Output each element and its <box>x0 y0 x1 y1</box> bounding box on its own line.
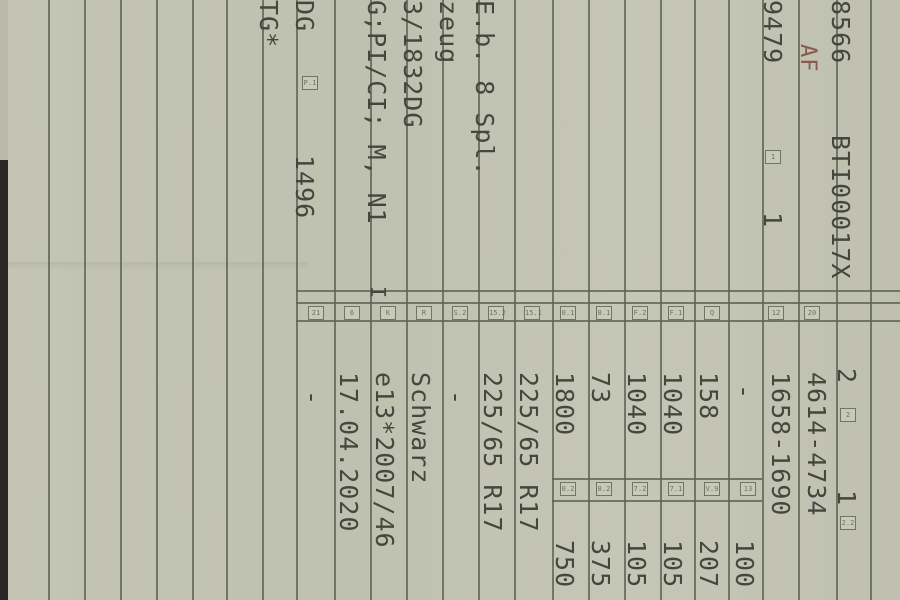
field-value: e13*2007/46 <box>372 372 397 549</box>
field-value: 207 <box>696 540 721 588</box>
field-value: 2 <box>834 368 859 384</box>
field-value: - <box>444 390 469 406</box>
field-code: 7.2 <box>632 482 648 496</box>
code-row-line <box>552 500 762 502</box>
rule-line <box>870 0 872 600</box>
field-code: 21 <box>308 306 324 320</box>
field-code: 7.1 <box>668 482 684 496</box>
field-value: 1 <box>760 212 785 228</box>
field-code: 2.2 <box>840 516 856 530</box>
field-value: 1496 <box>292 155 317 219</box>
rule-line <box>262 0 264 600</box>
field-value: 1040 <box>624 372 649 436</box>
field-value: 105 <box>624 540 649 588</box>
field-value: 1 <box>834 490 859 506</box>
field-value: TG* <box>256 0 281 48</box>
rule-line <box>156 0 158 600</box>
code-row-line <box>296 320 900 322</box>
rule-line <box>48 0 50 600</box>
field-value: 375 <box>588 540 613 588</box>
field-value: 105 <box>660 540 685 588</box>
rule-line <box>296 0 298 600</box>
field-value: E.b. 8 Spl. <box>472 0 497 177</box>
field-value: 225/65 R17 <box>516 372 541 533</box>
field-value: - <box>300 390 325 406</box>
field-code: 15.1 <box>524 306 540 320</box>
section-separator <box>296 302 900 304</box>
field-value: 9479 <box>760 0 785 64</box>
field-code: K <box>380 306 396 320</box>
rule-line <box>552 0 554 600</box>
field-value: Schwarz <box>408 372 433 484</box>
field-value: zeug <box>436 0 461 64</box>
rule-line <box>694 0 696 600</box>
field-code: 0.2 <box>560 482 576 496</box>
rule-line <box>798 0 800 600</box>
field-code: 15.2 <box>488 306 504 320</box>
field-code: 1 <box>765 150 781 164</box>
field-code: 6 <box>344 306 360 320</box>
field-value: 73 <box>588 372 613 404</box>
field-code: 8.1 <box>596 306 612 320</box>
field-code: 2 <box>840 408 856 422</box>
field-value: 225/65 R17 <box>480 372 505 533</box>
rule-line <box>442 0 444 600</box>
rule-line <box>836 0 838 600</box>
rule-line <box>660 0 662 600</box>
field-value: 1658-1690 <box>768 372 793 516</box>
field-code: R <box>416 306 432 320</box>
rule-line <box>120 0 122 600</box>
field-value: 17.04.2020 <box>336 372 361 533</box>
field-code: V.9 <box>704 482 720 496</box>
field-code: 0.1 <box>560 306 576 320</box>
field-value: 100 <box>732 540 757 588</box>
field-value: DG <box>292 0 317 32</box>
rule-line <box>84 0 86 600</box>
field-value: 1040 <box>660 372 685 436</box>
field-value: - <box>732 384 757 400</box>
field-code: 12 <box>768 306 784 320</box>
rule-line <box>192 0 194 600</box>
field-value: G;PI/CI; M, N1 <box>364 0 389 225</box>
field-value: 8566 <box>828 0 853 64</box>
field-code: F.2 <box>632 306 648 320</box>
rule-line <box>728 0 730 600</box>
rule-line <box>624 0 626 600</box>
field-value: 1800 <box>552 372 577 436</box>
field-value: BTI00017X <box>828 135 853 279</box>
rule-line <box>588 0 590 600</box>
field-code: 8.2 <box>596 482 612 496</box>
field-code: S.2 <box>452 306 468 320</box>
rule-line <box>762 0 764 600</box>
field-value: 3/1832DG <box>400 0 425 128</box>
rule-line <box>226 0 228 600</box>
field-code: F.1 <box>668 306 684 320</box>
field-value: 158 <box>696 372 721 420</box>
field-code: P.1 <box>302 76 318 90</box>
separator-marker: I <box>368 286 388 299</box>
field-value: 4614-4734 <box>804 372 829 516</box>
field-code: 20 <box>804 306 820 320</box>
field-code: Q <box>704 306 720 320</box>
field-code: 13 <box>740 482 756 496</box>
field-value: 750 <box>552 540 577 588</box>
code-row-line <box>552 478 762 480</box>
field-value: AF <box>796 44 818 73</box>
